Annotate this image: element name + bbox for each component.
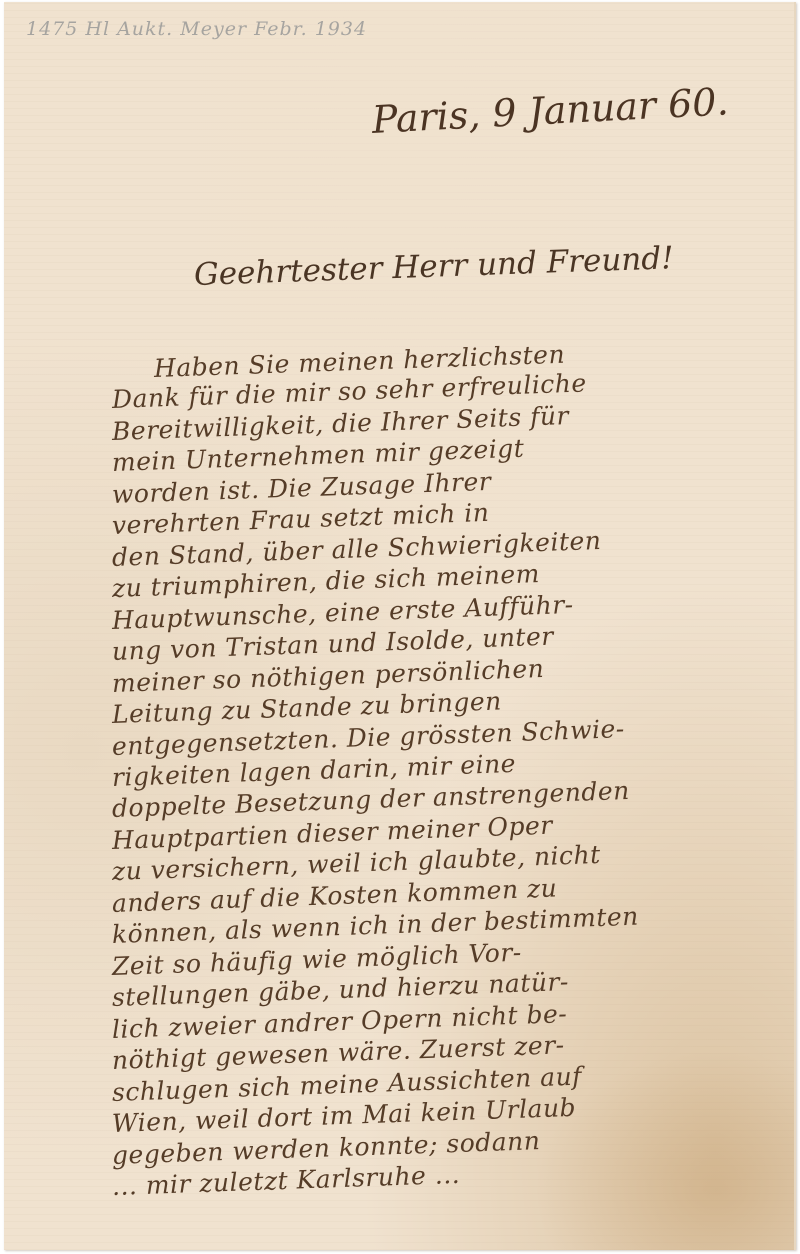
- letter-page: 1475 Hl Aukt. Meyer Febr. 1934 Paris, 9 …: [4, 2, 796, 1250]
- letter-body: Haben Sie meinen herzlichstenDank für di…: [4, 2, 794, 1250]
